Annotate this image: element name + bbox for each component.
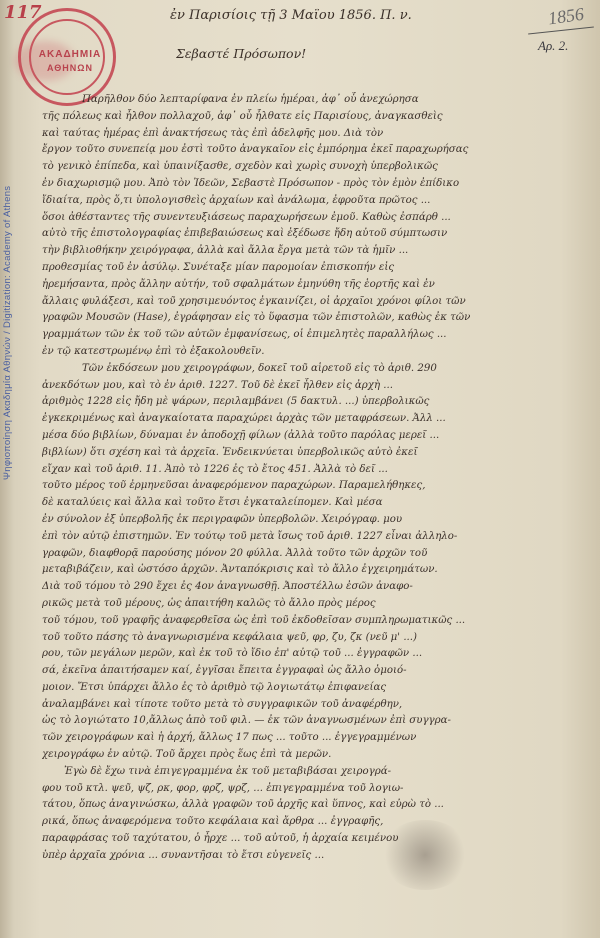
body-line: τοῦ τοῦτο πάσης τὸ ἀναγνωρισμένα κεφάλαι… xyxy=(42,630,600,647)
body-line: ρικά, ὅπως ἀναφερόμενα τοῦτο κεφάλαια κα… xyxy=(42,814,600,831)
stamp-top-text: ΑΚΑΔΗΜΙΑ xyxy=(35,49,105,60)
body-line: ἄλλαις φυλάξεσι, καὶ τοῦ χρησιμευόντος ἐ… xyxy=(42,294,600,311)
body-line: τῶν χειρογράφων καὶ ἡ ἀρχή, ἄλλως 17 πως… xyxy=(42,730,600,747)
body-line: Διὰ τοῦ τόμου τὸ 290 ἔχει ἐς 4ον ἀναγνωσ… xyxy=(42,579,600,596)
archive-year-mark: 1856 xyxy=(547,4,586,30)
body-line: εἴχαν καὶ τοῦ ἀριθ. 11. Ἀπὸ τὸ 1226 ἐς τ… xyxy=(42,462,600,479)
body-line: ἐν τῷ κατεστρωμένῳ ἐπὶ τὸ ἐξακολουθεῖν. xyxy=(42,344,600,361)
body-line: φου τοῦ κτλ. ψεῦ, ψζ, ρκ, φορ, φρζ, ψρζ,… xyxy=(42,781,600,798)
body-line: ἐν διαχωρισμῷ μου. Ἀπὸ τὸν Ἰδεῶν, Σεβαστ… xyxy=(42,176,600,193)
body-line: ἐγκεκριμένως καὶ ἀναγκαίοτατα παραχώρει … xyxy=(42,411,600,428)
body-line: μοιον. Ἔτσι ὑπάρχει ἄλλο ἐς τὸ ἀριθμὸ τῷ… xyxy=(42,680,600,697)
body-line: χειρογράφω ἐν αὐτῷ. Τοῦ ἄρχει πρὸς ἕως ἐ… xyxy=(42,747,600,764)
body-line: γραμμάτων τῶν ἐκ τοῦ τῶν αὐτῶν ἐμφανίσεω… xyxy=(42,327,600,344)
body-line: ἐπὶ τὸν αὐτῷ ἐπιστημῶν. Ἐν τούτῳ τοῦ μετ… xyxy=(42,529,600,546)
letter-body: Παρῆλθον δύο λεπταρίφανα ἐν πλείω ἡμέραι… xyxy=(42,92,600,865)
body-line: ἴδιαίτα, πρὸς ὅ,τι ὑπολογισθεὶς ἀρχαίων … xyxy=(42,193,600,210)
body-line: ρικῶς μετὰ τοῦ μέρους, ὡς ἀπαιτήθη καλῶς… xyxy=(42,596,600,613)
body-line: τοῦ τόμου, τοῦ γραφῆς ἀναφερθεῖσα ὡς ἐπὶ… xyxy=(42,613,600,630)
body-line: τὴν βιβλιοθήκην χειρόγραφα, ἀλλὰ καὶ ἄλλ… xyxy=(42,243,600,260)
body-line: ἀριθμὸς 1228 εἰς ἤδη μὲ ψάρων, περιλαμβά… xyxy=(42,394,600,411)
body-line: ἀναλαμβάνει καὶ τίποτε τοῦτο μετὰ τὸ συγ… xyxy=(42,697,600,714)
body-line: γραφῶν, διαφθορᾷ παρούσης μόνον 20 φύλλα… xyxy=(42,546,600,563)
body-line: ἀνεκδότων μου, καὶ τὸ ἐν ἀριθ. 1227. Τοῦ… xyxy=(42,378,600,395)
body-line: αὐτὸ τῆς ἐπιστολογραφίας ἐπιβεβαιώσεως κ… xyxy=(42,226,600,243)
body-line: Τῶν ἐκδόσεων μου χειρογράφων, δοκεῖ τοῦ … xyxy=(42,361,600,378)
body-line: μεταβιβάζειν, καὶ ὡστόσο ἀρχῶν. Ἀνταπόκρ… xyxy=(42,562,600,579)
body-line: τοῦτο μέρος τοῦ ἐρμηνεῦσαι ἀναφερόμενον … xyxy=(42,478,600,495)
body-line: σά, ἐκεῖνα ἀπαιτήσαμεν καί, ἐγγῖσαι ἔπει… xyxy=(42,663,600,680)
body-line: ὡς τὸ λογιώτατο 10,ἄλλως ἀπὸ τοῦ φιλ. — … xyxy=(42,713,600,730)
body-line: ἠρεμήσαντα, πρὸς ἄλλην αὐτήν, τοῦ σφαλμά… xyxy=(42,277,600,294)
stamp-bottom-text: ΑΘΗΝΩΝ xyxy=(35,63,105,73)
body-line: παραφράσας τοῦ ταχύτατου, ὁ ἦρχε ... τοῦ… xyxy=(42,831,600,848)
body-line: ὅσοι ἀθέσταντες τῆς συνεντευξιάσεως παρα… xyxy=(42,210,600,227)
body-line: τὸ γενικὸ ἐπίπεδα, καὶ ὑπαινίξασθε, σχεδ… xyxy=(42,159,600,176)
body-line: μέσα δύο βιβλίων, δύναμαι ἐν ἀποδοχῇ φίλ… xyxy=(42,428,600,445)
body-line: ὑπὲρ ἀρχαῖα χρόνια ... συναντῆσαι τὸ ἔτσ… xyxy=(42,848,600,865)
body-line: ἔργον τοῦτο συνεπείᾳ μου ἐστὶ τοῦτο ἀναγ… xyxy=(42,142,600,159)
body-line: γραφῶν Μουσῶν (Hase), ἐγράφησαν εἰς τὸ ὕ… xyxy=(42,310,600,327)
body-line: ἐν σύνολον ἐξ ὑπερβολῆς ἐκ περιγραφῶν ὑπ… xyxy=(42,512,600,529)
letter-salutation: Σεβαστέ Πρόσωπον! xyxy=(176,46,306,61)
body-line: βιβλίων) ὅτι σχέση καὶ τὰ ἀρχεῖα. Ἐνδεικ… xyxy=(42,445,600,462)
body-line: Παρῆλθον δύο λεπταρίφανα ἐν πλείω ἡμέραι… xyxy=(42,92,600,109)
body-line: τῆς πόλεως καὶ ἦλθον πολλαχοῦ, ἀφ᾿ οὗ ἦλ… xyxy=(42,109,600,126)
body-line: δὲ καταλύεις καὶ ἄλλα καὶ τοῦτο ἔτσι ἐγκ… xyxy=(42,495,600,512)
digitization-watermark: Ψηφιοποίηση Ακαδημία Αθηνών / Digitizati… xyxy=(2,110,16,480)
body-line: καὶ ταύτας ἡμέρας ἐπὶ ἀνακτήσεως τὰς ἐπὶ… xyxy=(42,126,600,143)
archive-reference-mark: Αρ. 2. xyxy=(538,38,568,54)
manuscript-page: 117 ΑΚΑΔΗΜΙΑ ΑΘΗΝΩΝ Ψηφιοποίηση Ακαδημία… xyxy=(0,0,600,938)
body-line: Ἐγὼ δὲ ἔχω τινὰ ἐπιγεγραμμένα ἐκ τοῦ μετ… xyxy=(42,764,600,781)
body-line: τάτου, ὅπως ἀναγινώσκω, ἀλλὰ γραφῶν τοῦ … xyxy=(42,797,600,814)
body-line: ρου, τῶν μεγάλων μερῶν, καὶ ἐκ τοῦ τὸ ἴδ… xyxy=(42,646,600,663)
body-line: προθεσμίας τοῦ ἐν ἀσύλῳ. Συνέταξε μίαν π… xyxy=(42,260,600,277)
letter-dateline: ἐν Παρισίοις τῇ 3 Μαΐου 1856. Π. ν. xyxy=(170,8,412,23)
